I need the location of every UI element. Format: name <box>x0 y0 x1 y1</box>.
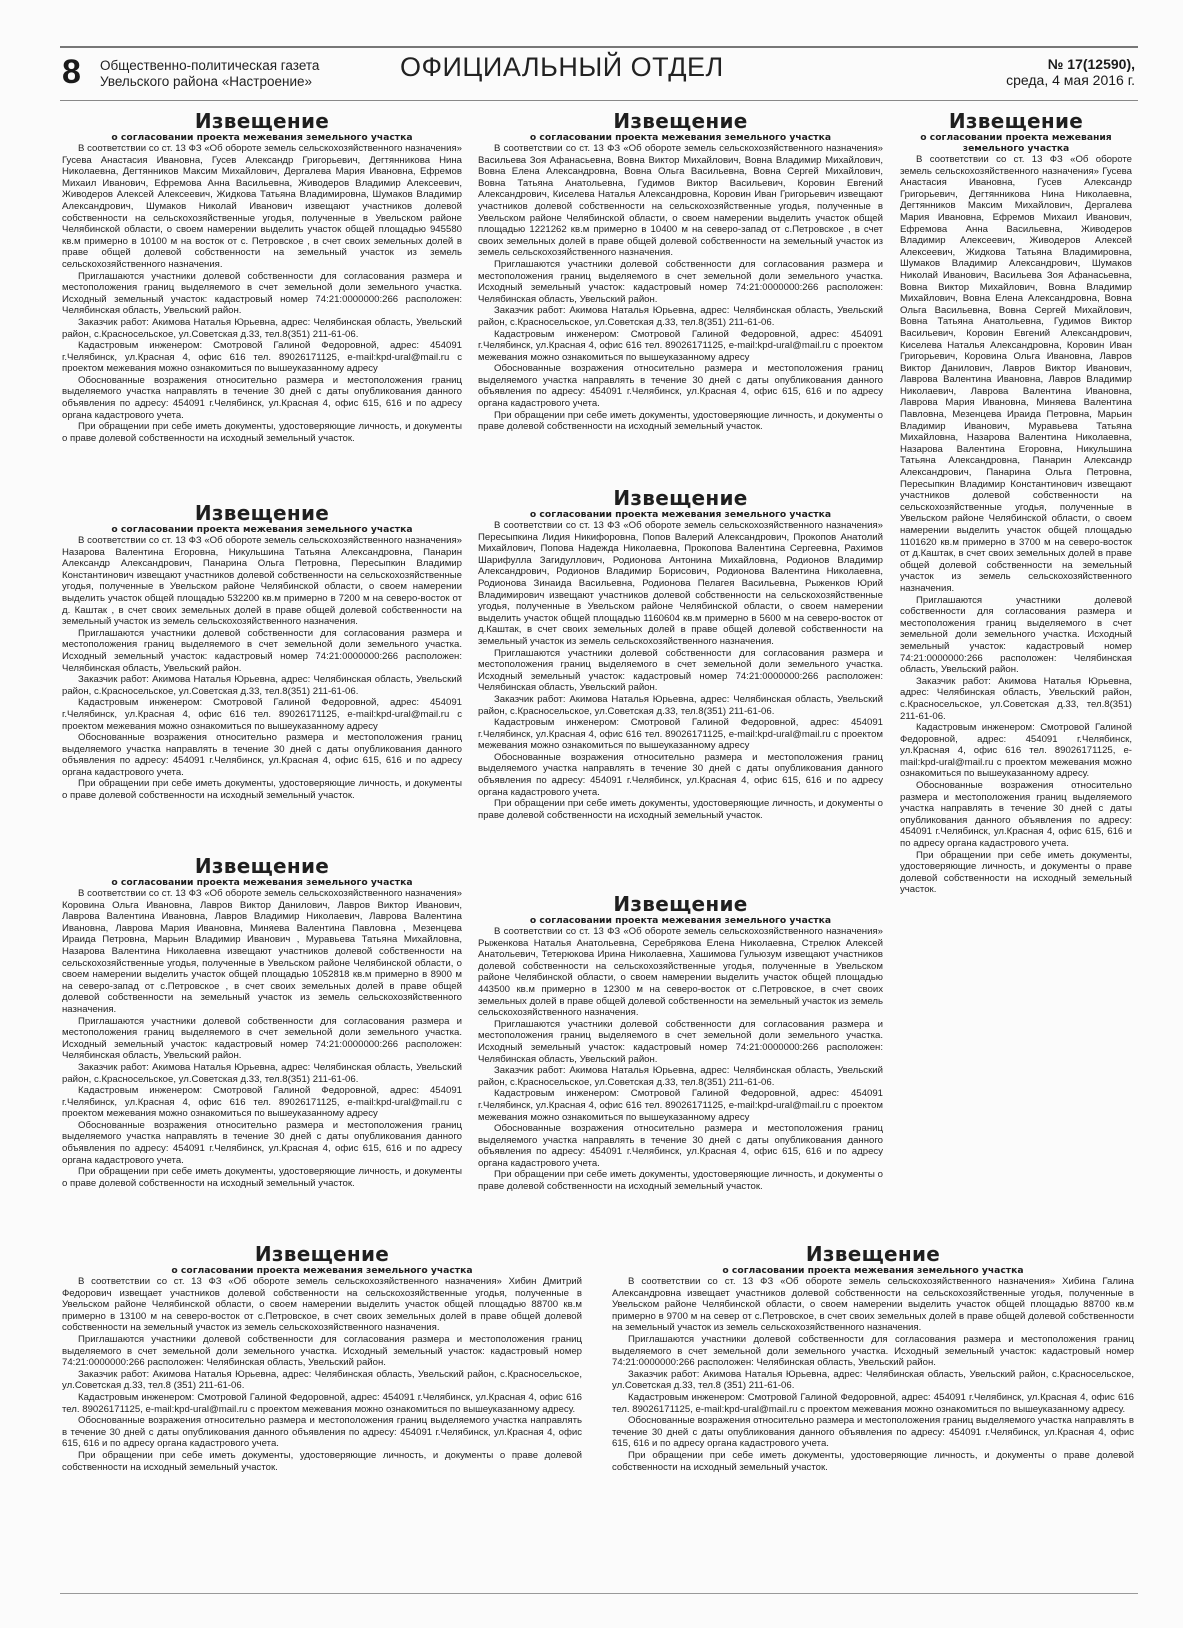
notice-subtitle: о согласовании проекта межевания земельн… <box>900 132 1132 154</box>
notice: Извещениео согласовании проекта межевани… <box>62 855 462 1189</box>
notice-paragraph: При обращении при себе иметь документы, … <box>62 1166 462 1189</box>
notice-paragraph: Заказчик работ: Акимова Наталья Юрьевна,… <box>612 1369 1134 1392</box>
notice-title: Извещение <box>62 1243 582 1265</box>
notice-paragraph: Приглашаются участники долевой собственн… <box>478 648 883 694</box>
newspaper-name: Общественно-политическая газета Увельско… <box>100 58 319 90</box>
notice-paragraph: Приглашаются участники долевой собственн… <box>62 1334 582 1369</box>
notice-paragraph: Заказчик работ: Акимова Наталья Юрьевна,… <box>62 317 462 340</box>
notice-paragraph: Кадастровым инженером: Смотровой Галиной… <box>62 1085 462 1120</box>
notice: Извещениео согласовании проекта межевани… <box>612 1243 1134 1473</box>
notice-subtitle: о согласовании проекта межевания земельн… <box>62 524 462 535</box>
notice-paragraph: Заказчик работ: Акимова Наталья Юрьевна,… <box>62 1062 462 1085</box>
page-number: 8 <box>62 54 81 90</box>
notice-paragraph: Приглашаются участники долевой собственн… <box>900 595 1132 676</box>
header-bottom-rule <box>60 100 1138 101</box>
notice-paragraph: При обращении при себе иметь документы, … <box>478 410 883 433</box>
notice-paragraph: Обоснованные возражения относительно раз… <box>612 1415 1134 1450</box>
notice-paragraph: В соответствии со ст. 13 ФЗ «Об обороте … <box>612 1276 1134 1334</box>
notice-paragraph: При обращении при себе иметь документы, … <box>478 798 883 821</box>
notice: Извещениео согласовании проекта межевани… <box>478 487 883 821</box>
notice: Извещениео согласовании проекта межевани… <box>62 110 462 444</box>
notice: Извещениео согласовании проекта межевани… <box>478 893 883 1193</box>
notice-paragraph: Обоснованные возражения относительно раз… <box>478 363 883 409</box>
notice-paragraph: При обращении при себе иметь документы, … <box>62 1450 582 1473</box>
notice-paragraph: Обоснованные возражения относительно раз… <box>478 752 883 798</box>
notice-paragraph: Обоснованные возражения относительно раз… <box>62 1120 462 1166</box>
notice-paragraph: В соответствии со ст. 13 ФЗ «Об обороте … <box>478 143 883 259</box>
notice-paragraph: Кадастровым инженером: Смотровой Галиной… <box>478 329 883 364</box>
notice-paragraph: Кадастровым инженером: Смотровой Галиной… <box>62 340 462 375</box>
notice-paragraph: Кадастровым инженером: Смотровой Галиной… <box>478 1088 883 1123</box>
notice-paragraph: Приглашаются участники долевой собственн… <box>612 1334 1134 1369</box>
notice-paragraph: В соответствии со ст. 13 ФЗ «Об обороте … <box>62 888 462 1016</box>
newspaper-name-line1: Общественно-политическая газета <box>100 58 319 74</box>
notice: Извещениео согласовании проекта межевани… <box>478 110 883 433</box>
notice-paragraph: Заказчик работ: Акимова Наталья Юрьевна,… <box>62 1369 582 1392</box>
notice-paragraph: Приглашаются участники долевой собственн… <box>478 259 883 305</box>
notice-paragraph: Приглашаются участники долевой собственн… <box>62 271 462 317</box>
notice-title: Извещение <box>62 855 462 877</box>
notice-paragraph: При обращении при себе иметь документы, … <box>900 850 1132 896</box>
notice-paragraph: В соответствии со ст. 13 ФЗ «Об обороте … <box>900 154 1132 595</box>
notice-title: Извещение <box>900 110 1132 132</box>
notice-paragraph: Приглашаются участники долевой собственн… <box>478 1019 883 1065</box>
notice-paragraph: Заказчик работ: Акимова Наталья Юрьевна,… <box>478 305 883 328</box>
notice-subtitle: о согласовании проекта межевания земельн… <box>62 1265 582 1276</box>
section-title: ОФИЦИАЛЬНЫЙ ОТДЕЛ <box>400 52 724 83</box>
notice-paragraph: Заказчик работ: Акимова Наталья Юрьевна,… <box>900 676 1132 722</box>
notice-subtitle: о согласовании проекта межевания земельн… <box>612 1265 1134 1276</box>
notice-paragraph: Приглашаются участники долевой собственн… <box>62 1016 462 1062</box>
issue-number: № 17(12590), <box>1006 56 1135 72</box>
header-top-rule <box>60 46 1138 48</box>
notice: Извещениео согласовании проекта межевани… <box>62 502 462 802</box>
notice-paragraph: При обращении при себе иметь документы, … <box>62 778 462 801</box>
notice-paragraph: Заказчик работ: Акимова Наталья Юрьевна,… <box>62 674 462 697</box>
notice-paragraph: Обоснованные возражения относительно раз… <box>478 1123 883 1169</box>
notice-paragraph: Кадастровым инженером: Смотровой Галиной… <box>478 717 883 752</box>
notice-paragraph: Приглашаются участники долевой собственн… <box>62 628 462 674</box>
notice-paragraph: Кадастровым инженером: Смотровой Галиной… <box>62 1392 582 1415</box>
notice-paragraph: Обоснованные возражения относительно раз… <box>62 375 462 421</box>
newspaper-name-line2: Увельского района «Настроение» <box>100 74 319 90</box>
issue-info: № 17(12590), среда, 4 мая 2016 г. <box>1006 56 1135 88</box>
notice-title: Извещение <box>612 1243 1134 1265</box>
notice-paragraph: В соответствии со ст. 13 ФЗ «Об обороте … <box>62 143 462 271</box>
notice: Извещениео согласовании проекта межевани… <box>900 110 1132 896</box>
notice-subtitle: о согласовании проекта межевания земельн… <box>478 915 883 926</box>
notice-subtitle: о согласовании проекта межевания земельн… <box>478 509 883 520</box>
notice-subtitle: о согласовании проекта межевания земельн… <box>62 132 462 143</box>
notice-paragraph: При обращении при себе иметь документы, … <box>62 421 462 444</box>
notice-subtitle: о согласовании проекта межевания земельн… <box>478 132 883 143</box>
notice-paragraph: Заказчик работ: Акимова Наталья Юрьевна,… <box>478 1065 883 1088</box>
notice-title: Извещение <box>478 110 883 132</box>
notice-paragraph: В соответствии со ст. 13 ФЗ «Об обороте … <box>62 535 462 628</box>
notice-paragraph: Кадастровым инженером: Смотровой Галиной… <box>612 1392 1134 1415</box>
notice-paragraph: В соответствии со ст. 13 ФЗ «Об обороте … <box>478 520 883 648</box>
notice-paragraph: В соответствии со ст. 13 ФЗ «Об обороте … <box>478 926 883 1019</box>
notice-title: Извещение <box>478 487 883 509</box>
notice-title: Извещение <box>62 502 462 524</box>
notice: Извещениео согласовании проекта межевани… <box>62 1243 582 1473</box>
notice-paragraph: При обращении при себе иметь документы, … <box>478 1169 883 1192</box>
notice-paragraph: Обоснованные возражения относительно раз… <box>62 1415 582 1450</box>
notice-title: Извещение <box>62 110 462 132</box>
notice-paragraph: Кадастровым инженером: Смотровой Галиной… <box>62 697 462 732</box>
notice-title: Извещение <box>478 893 883 915</box>
notice-paragraph: При обращении при себе иметь документы, … <box>612 1450 1134 1473</box>
notice-paragraph: Обоснованные возражения относительно раз… <box>62 732 462 778</box>
notice-paragraph: Заказчик работ: Акимова Наталья Юрьевна,… <box>478 694 883 717</box>
issue-date: среда, 4 мая 2016 г. <box>1006 72 1135 88</box>
footer-rule <box>60 1593 1138 1594</box>
notice-paragraph: Обоснованные возражения относительно раз… <box>900 780 1132 850</box>
notice-paragraph: В соответствии со ст. 13 ФЗ «Об обороте … <box>62 1276 582 1334</box>
notice-subtitle: о согласовании проекта межевания земельн… <box>62 877 462 888</box>
notice-paragraph: Кадастровым инженером: Смотровой Галиной… <box>900 722 1132 780</box>
